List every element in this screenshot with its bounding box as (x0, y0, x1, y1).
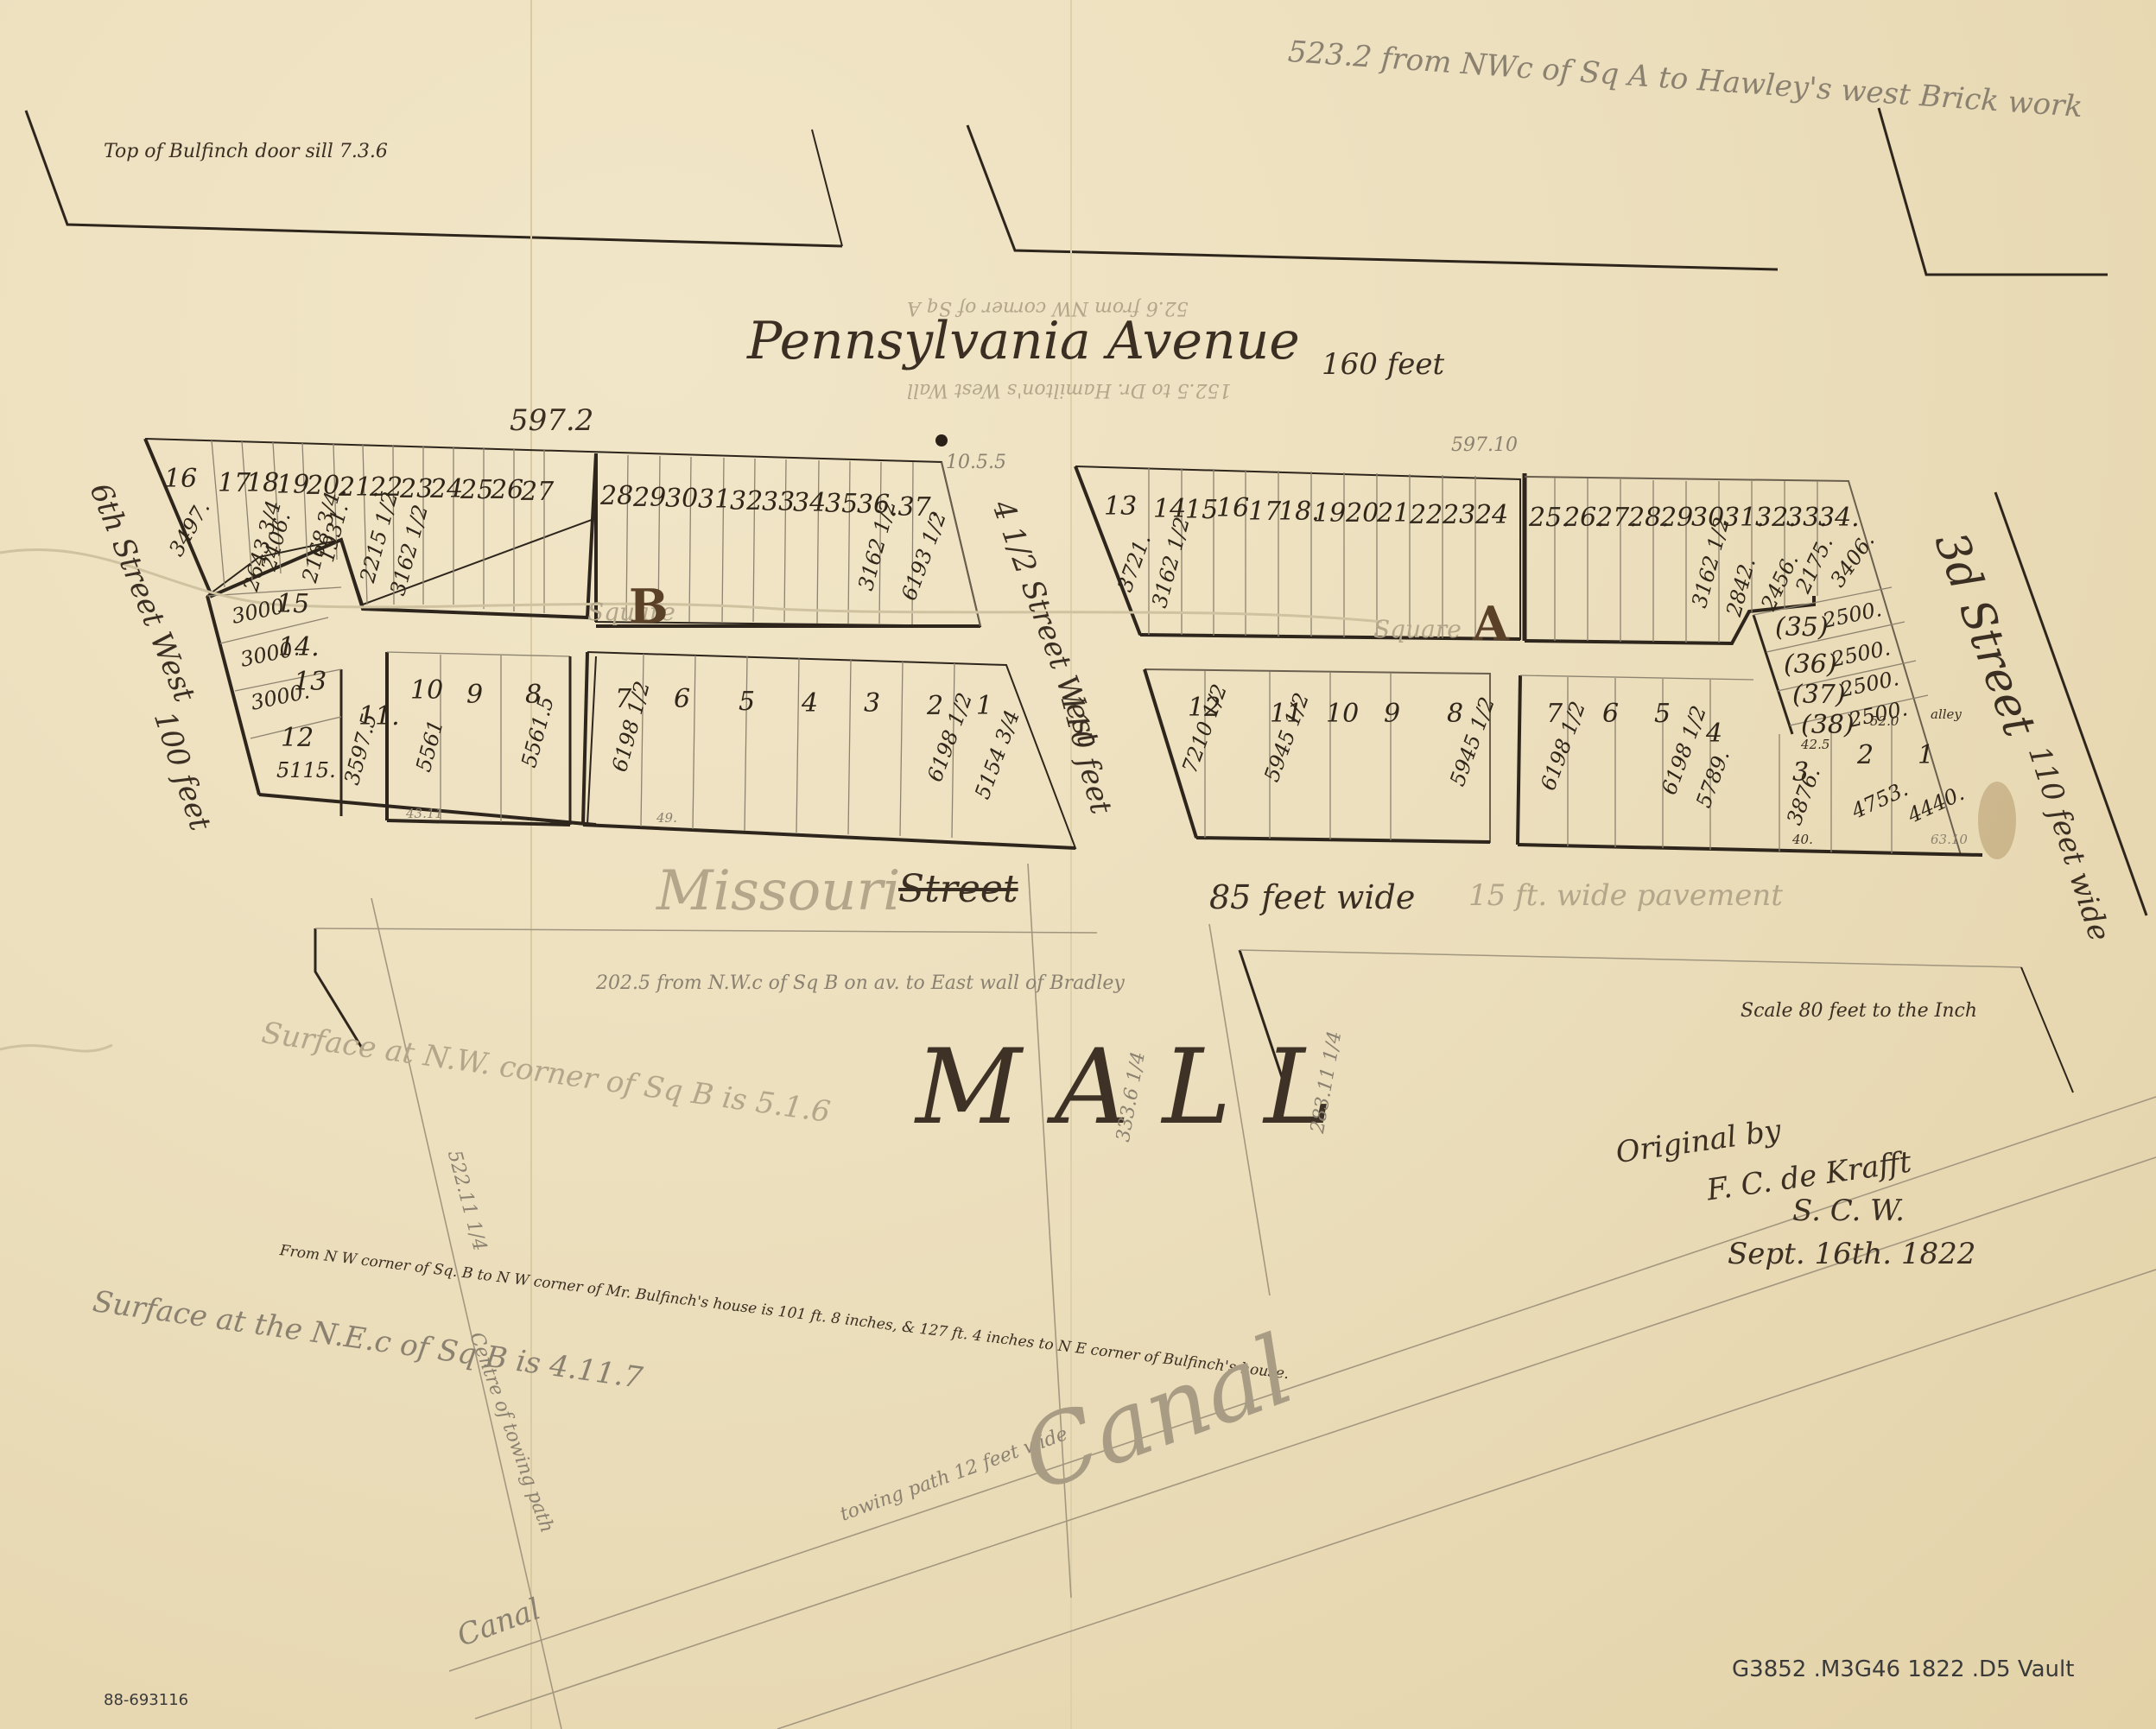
lot-number: 1 (1918, 743, 1934, 769)
lot-number: 14. (278, 635, 320, 661)
lot-number: 30 (665, 486, 698, 512)
lot-number: 26 (491, 478, 523, 503)
square-b-label: B (629, 583, 669, 630)
lot-number: 29 (633, 485, 666, 511)
lot-number: 22 (1410, 503, 1443, 529)
lot-number: 19 (276, 472, 309, 498)
lot-number: 33 (762, 490, 795, 516)
frontage-square-a: 597.10 (1451, 436, 1518, 455)
survey-map: Top of Bulfinch door sill 7.3.6 523.2 fr… (0, 0, 2156, 1729)
note-bulfinch-door-sill: Top of Bulfinch door sill 7.3.6 (104, 142, 388, 161)
street-label-pennsylvania: Pennsylvania Avenue (747, 315, 1300, 367)
lot-number: (38) (1801, 712, 1855, 738)
square-a-label: A (1473, 600, 1509, 647)
lot-number: 4 (802, 691, 818, 717)
note-bradley-distance: 202.5 from N.W.c of Sq B on av. to East … (596, 974, 1125, 993)
lot-number: 34 (793, 491, 826, 516)
lot-number: 13 (294, 669, 327, 695)
lot-number: 35 (825, 491, 858, 517)
lot-number: 15 (1185, 497, 1218, 523)
lot-number: (37) (1792, 682, 1846, 708)
lot-number: 5 (1654, 701, 1671, 727)
lot-number: 6 (1602, 701, 1619, 727)
lot-number: 9 (466, 682, 483, 708)
note-pavement: 15 ft. wide pavement (1468, 881, 1783, 910)
lot-number: 4 (1706, 721, 1722, 747)
lot-number: 6 (674, 687, 690, 712)
lot-number: 3 (864, 691, 880, 717)
lot-number: (35) (1775, 615, 1829, 641)
street-width-pennsylvania: 160 feet (1322, 350, 1444, 379)
alley-label: alley (1931, 708, 1962, 721)
signature-date: Sept. 16th. 1822 (1728, 1239, 1975, 1269)
lot-number: 27 (521, 479, 554, 505)
lot-number: (36) (1784, 652, 1837, 678)
street-label-missouri-street: Street (898, 871, 1018, 909)
dim-south-b: 49. (656, 812, 677, 825)
street-label-missouri: Missouri (656, 864, 901, 919)
dim-42: 42.5 (1801, 738, 1829, 751)
call-number: G3852 .M3G46 1822 .D5 Vault (1732, 1658, 2074, 1681)
lot-number: 16 (1216, 496, 1249, 522)
dim-63: 63.10 (1931, 833, 1968, 846)
lot-number: 34. (1818, 505, 1860, 531)
note-hamilton: 152.5 to Dr. Hamilton's West Wall (907, 380, 1231, 399)
lot-number: 23 (400, 477, 433, 503)
lot-number: 20 (1346, 501, 1379, 527)
lot-number: 31 (698, 487, 731, 513)
lot-number: 13 (1104, 494, 1137, 520)
lot-number: 15 (276, 592, 309, 617)
dim-south-b-43: 43.11 (406, 807, 443, 820)
lot-area: 5115. (276, 760, 336, 781)
dim-40: 40. (1792, 833, 1813, 846)
lot-number: 2 (927, 693, 943, 719)
frontage-square-b: 597.2 (510, 406, 593, 435)
lot-number: 28 (600, 484, 633, 510)
lot-number: 29 (1660, 505, 1693, 531)
square-a-word: Square (1373, 617, 1462, 642)
lot-number: 19 (1313, 501, 1346, 527)
benchmark-value: 10.5.5 (946, 453, 1006, 472)
dim-52: 52.0 (1870, 715, 1899, 728)
lot-number: 23 (1443, 503, 1475, 529)
lot-number: 10 (410, 678, 443, 704)
lot-number: 9 (1384, 701, 1400, 727)
lot-number: 12 (281, 725, 314, 751)
street-width-missouri: 85 feet wide (1209, 881, 1415, 914)
lot-number: 5 (739, 689, 755, 715)
lot-number: 2 (1857, 743, 1874, 769)
lot-number: 21 (1377, 501, 1410, 527)
accession-number: 88-693116 (104, 1693, 188, 1708)
lot-number: 16 (164, 466, 197, 492)
lot-number: 1 (976, 693, 992, 719)
lot-number: 10 (1326, 701, 1359, 727)
lot-number: 32 (730, 489, 763, 515)
lot-number: 24 (1475, 503, 1508, 529)
scale-note: Scale 80 feet to the Inch (1741, 1002, 1977, 1021)
signature-title: S. C. W. (1792, 1196, 1905, 1225)
lot-number: 25 (460, 478, 493, 503)
lot-number: 24 (430, 477, 463, 503)
lot-number: 17 (1248, 499, 1281, 525)
lot-number: 8 (1447, 701, 1463, 727)
